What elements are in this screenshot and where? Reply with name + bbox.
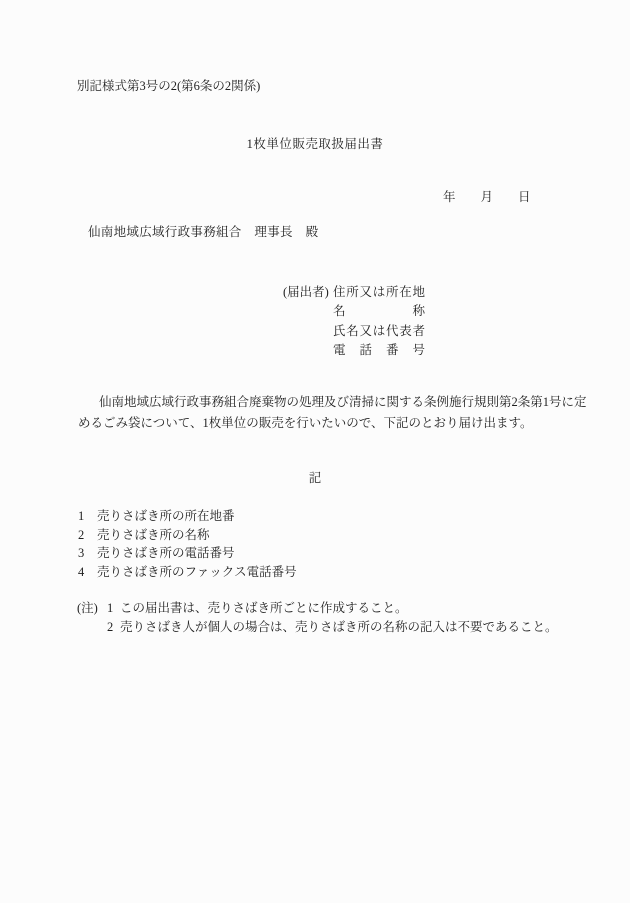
record-item-text: 売りさばき所の所在地番 [97, 509, 235, 523]
declarant-field-representative: 氏名又は代表者 [333, 324, 425, 338]
note-row: (注) 1 この届出書は、売りさばき所ごとに作成すること。 [77, 601, 558, 620]
note-text: 売りさばき人が個人の場合は、売りさばき所の名称の記入は不要であること。 [120, 620, 558, 634]
note-number: 2 [107, 620, 120, 634]
declarant-block: (届出者) 住所又は所在地 名称 氏名又は代表者 電話番号 [283, 285, 425, 363]
record-heading: 記 [0, 471, 630, 485]
record-item-number: 1 [78, 509, 97, 523]
record-item-number: 4 [78, 565, 97, 579]
note-text: この届出書は、売りさばき所ごとに作成すること。 [120, 601, 408, 615]
record-item-text: 売りさばき所のファックス電話番号 [97, 565, 297, 579]
record-item-text: 売りさばき所の名称 [97, 528, 210, 542]
form-reference: 別記様式第3号の2(第6条の2関係) [77, 79, 260, 93]
declarant-row-name: 名称 [283, 304, 425, 323]
body-line: 仙南地域広域行政事務組合廃棄物の処理及び清掃に関する条例施行規則第2条第1号に定 [78, 392, 603, 413]
declarant-field-address: 住所又は所在地 [333, 285, 425, 299]
document-page: 別記様式第3号の2(第6条の2関係) 1枚単位販売取扱届出書 年 月 日 仙南地… [0, 0, 630, 903]
record-item-text: 売りさばき所の電話番号 [97, 546, 235, 560]
date-line: 年 月 日 [443, 190, 531, 204]
declarant-row-phone: 電話番号 [283, 343, 425, 362]
declarant-row-representative: 氏名又は代表者 [283, 324, 425, 343]
addressee-line: 仙南地域広域行政事務組合 理事長 殿 [88, 225, 318, 239]
declarant-field-name: 名称 [333, 304, 425, 318]
body-paragraph: 仙南地域広域行政事務組合廃棄物の処理及び清掃に関する条例施行規則第2条第1号に定… [78, 392, 603, 434]
declarant-field-phone: 電話番号 [333, 343, 425, 357]
record-item-number: 2 [78, 528, 97, 542]
record-item: 2 売りさばき所の名称 [78, 528, 297, 547]
notes-block: (注) 1 この届出書は、売りさばき所ごとに作成すること。 2 売りさばき人が個… [77, 601, 558, 640]
record-item: 1 売りさばき所の所在地番 [78, 509, 297, 528]
record-list: 1 売りさばき所の所在地番 2 売りさばき所の名称 3 売りさばき所の電話番号 … [78, 509, 297, 583]
record-item: 4 売りさばき所のファックス電話番号 [78, 565, 297, 584]
declarant-prefix: (届出者) [283, 285, 333, 299]
declarant-row-address: (届出者) 住所又は所在地 [283, 285, 425, 304]
record-item-number: 3 [78, 546, 97, 560]
record-item: 3 売りさばき所の電話番号 [78, 546, 297, 565]
document-title: 1枚単位販売取扱届出書 [0, 137, 630, 151]
body-line: めるごみ袋について、1枚単位の販売を行いたいので、下記のとおり届け出ます。 [78, 413, 603, 434]
note-row: 2 売りさばき人が個人の場合は、売りさばき所の名称の記入は不要であること。 [77, 620, 558, 639]
notes-label: (注) [77, 601, 107, 615]
note-number: 1 [107, 601, 120, 615]
